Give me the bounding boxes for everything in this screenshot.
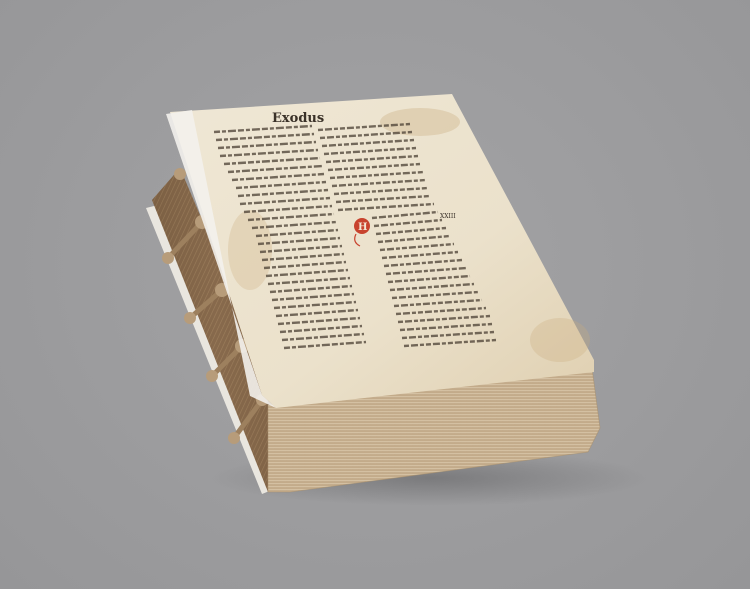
svg-text:H: H <box>358 222 367 233</box>
running-head: Exodus <box>272 111 324 126</box>
chapter-marker: XXIII <box>440 213 456 220</box>
book-illustration: Exodus <box>0 0 750 589</box>
photo-scene: Exodus <box>0 0 750 589</box>
